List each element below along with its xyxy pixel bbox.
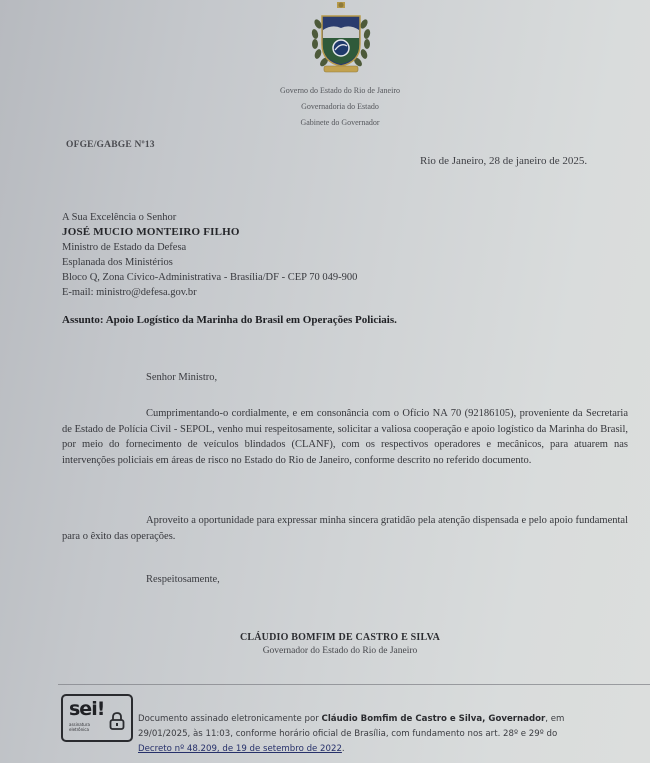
sei-line-3-suffix: . [342,744,345,754]
footer-divider [58,684,650,685]
addressee-title: Ministro de Estado da Defesa [62,242,186,253]
addressee-address-2: Bloco Q, Zona Cívico-Administrativa - Br… [62,272,357,283]
addressee-address-1: Esplanada dos Ministérios [62,257,173,268]
letter-page: Governo do Estado do Rio de Janeiro Gove… [0,0,650,763]
sei-logo: sei! [69,698,104,720]
sei-line-1-suffix: , em [545,714,564,724]
closing: Respeitosamente, [146,574,220,585]
coat-of-arms-icon [308,2,374,76]
letterhead-cabinet: Gabinete do Governador [240,118,440,127]
sei-signature-line-2: 29/01/2025, às 11:03, conforme horário o… [138,729,557,739]
sei-logo-subtitle-2: eletrônica [69,728,89,733]
letterhead-governorship: Governadoria do Estado [240,102,440,111]
padlock-icon [109,712,125,730]
sei-signature-line-1: Documento assinado eletronicamente por C… [138,714,564,724]
document-date: Rio de Janeiro, 28 de janeiro de 2025. [420,155,587,167]
addressee-email: E-mail: ministro@defesa.gov.br [62,287,197,298]
addressee-salutation: A Sua Excelência o Senhor [62,212,176,223]
decree-link[interactable]: Decreto nº 48.209, de 19 de setembro de … [138,744,342,754]
signatory-title: Governador do Estado do Rio de Janeiro [200,646,480,656]
body-paragraph-1-text: Cumprimentando-o cordialmente, e em cons… [62,408,628,466]
sei-signature-badge: sei! assinatura eletrônica [61,694,133,742]
body-paragraph-2: Aproveito a oportunidade para expressar … [62,513,628,544]
sei-line-1-prefix: Documento assinado eletronicamente por [138,714,322,724]
sei-signer: Cláudio Bomfim de Castro e Silva, Govern… [322,714,546,724]
document-reference: OFGE/GABGE Nº13 [66,140,155,150]
subject-line: Assunto: Apoio Logístico da Marinha do B… [62,314,397,326]
body-paragraph-2-text: Aproveito a oportunidade para expressar … [62,515,628,542]
greeting: Senhor Ministro, [146,372,217,383]
sei-signature-line-3: Decreto nº 48.209, de 19 de setembro de … [138,744,345,754]
signatory-name: CLÁUDIO BOMFIM DE CASTRO E SILVA [200,632,480,643]
addressee-name: JOSÉ MUCIO MONTEIRO FILHO [62,226,240,238]
letterhead-government: Governo do Estado do Rio de Janeiro [240,86,440,95]
body-paragraph-1: Cumprimentando-o cordialmente, e em cons… [62,406,628,468]
